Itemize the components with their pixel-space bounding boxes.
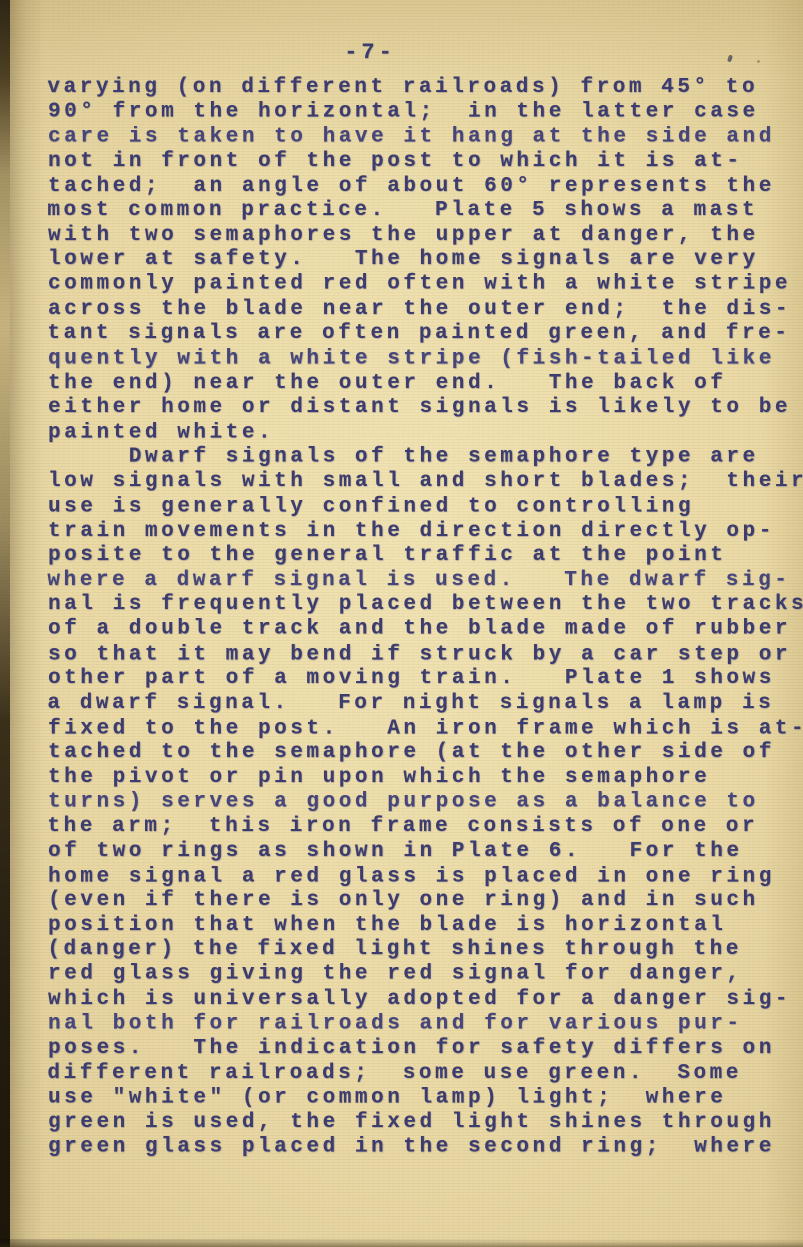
- text-line: commonly painted red often with a white …: [48, 273, 788, 298]
- text-line: use is generally confined to controlling: [48, 495, 788, 520]
- text-line: tant signals are often painted green, an…: [47, 322, 787, 347]
- text-line: painted white.: [48, 421, 788, 446]
- text-line: across the blade near the outer end; the…: [48, 298, 788, 323]
- text-line: posite to the general traffic at the poi…: [48, 544, 788, 569]
- text-line: green is used, the fixed light shines th…: [48, 1111, 788, 1136]
- text-line: care is taken to have it hang at the sid…: [48, 126, 788, 151]
- text-line: poses. The indication for safety differs…: [48, 1037, 788, 1062]
- text-line: tached; an angle of about 60° represents…: [48, 175, 788, 200]
- text-line: which is universally adopted for a dange…: [48, 988, 788, 1013]
- paper-speck: [757, 60, 760, 63]
- page-number: -7-: [0, 40, 740, 65]
- text-line: position that when the blade is horizont…: [48, 914, 788, 939]
- text-line: different railroads; some use green. Som…: [47, 1062, 787, 1087]
- text-line: the pivot or pin upon which the semaphor…: [48, 766, 788, 791]
- text-line: quently with a white stripe (fish-tailed…: [48, 348, 788, 373]
- text-line: with two semaphores the upper at danger,…: [48, 224, 788, 249]
- text-line: the arm; this iron frame consists of one…: [47, 815, 787, 840]
- text-line: turns) serves a good purpose as a balanc…: [48, 790, 788, 815]
- typewritten-body: varying (on different railroads) from 45…: [48, 76, 788, 1160]
- text-line: train movements in the direction directl…: [48, 520, 788, 545]
- text-line: not in front of the post to which it is …: [48, 150, 788, 175]
- text-line: home signal a red glass is placed in one…: [48, 865, 788, 890]
- document-page: -7- varying (on different railroads) fro…: [0, 0, 803, 1247]
- scan-left-edge-fade: [10, 0, 44, 1247]
- text-line: low signals with small and short blades;…: [48, 470, 788, 495]
- text-line: of a double track and the blade made of …: [48, 618, 788, 643]
- text-line: the end) near the outer end. The back of: [48, 372, 788, 397]
- text-line: green glass placed in the second ring; w…: [48, 1135, 788, 1160]
- text-line: most common practice. Plate 5 shows a ma…: [47, 199, 787, 224]
- text-line: so that it may bend if struck by a car s…: [48, 643, 788, 668]
- scan-left-edge-shadow: [0, 0, 10, 1247]
- text-line: (danger) the fixed light shines through …: [47, 938, 787, 963]
- text-line: Dwarf signals of the semaphore type are: [48, 445, 788, 470]
- text-line: varying (on different railroads) from 45…: [47, 76, 787, 101]
- text-line: other part of a moving train. Plate 1 sh…: [48, 667, 788, 692]
- text-line: red glass giving the red signal for dang…: [48, 963, 788, 988]
- text-line: lower at safety. The home signals are ve…: [48, 248, 788, 273]
- text-line: 90° from the horizontal; in the latter c…: [48, 100, 788, 125]
- text-line: use "white" (or common lamp) light; wher…: [48, 1087, 788, 1112]
- text-line: a dwarf signal. For night signals a lamp…: [47, 692, 787, 717]
- text-line: of two rings as shown in Plate 6. For th…: [48, 840, 788, 865]
- text-line: either home or distant signals is likely…: [48, 396, 788, 421]
- text-line: (even if there is only one ring) and in …: [48, 889, 788, 914]
- text-line: fixed to the post. An iron frame which i…: [48, 717, 788, 742]
- text-line: nal both for railroads and for various p…: [48, 1013, 788, 1038]
- text-line: tached to the semaphore (at the other si…: [48, 741, 788, 766]
- text-line: where a dwarf signal is used. The dwarf …: [47, 569, 787, 594]
- text-line: nal is frequently placed between the two…: [48, 593, 788, 618]
- scan-bottom-edge-shadow: [0, 1239, 803, 1247]
